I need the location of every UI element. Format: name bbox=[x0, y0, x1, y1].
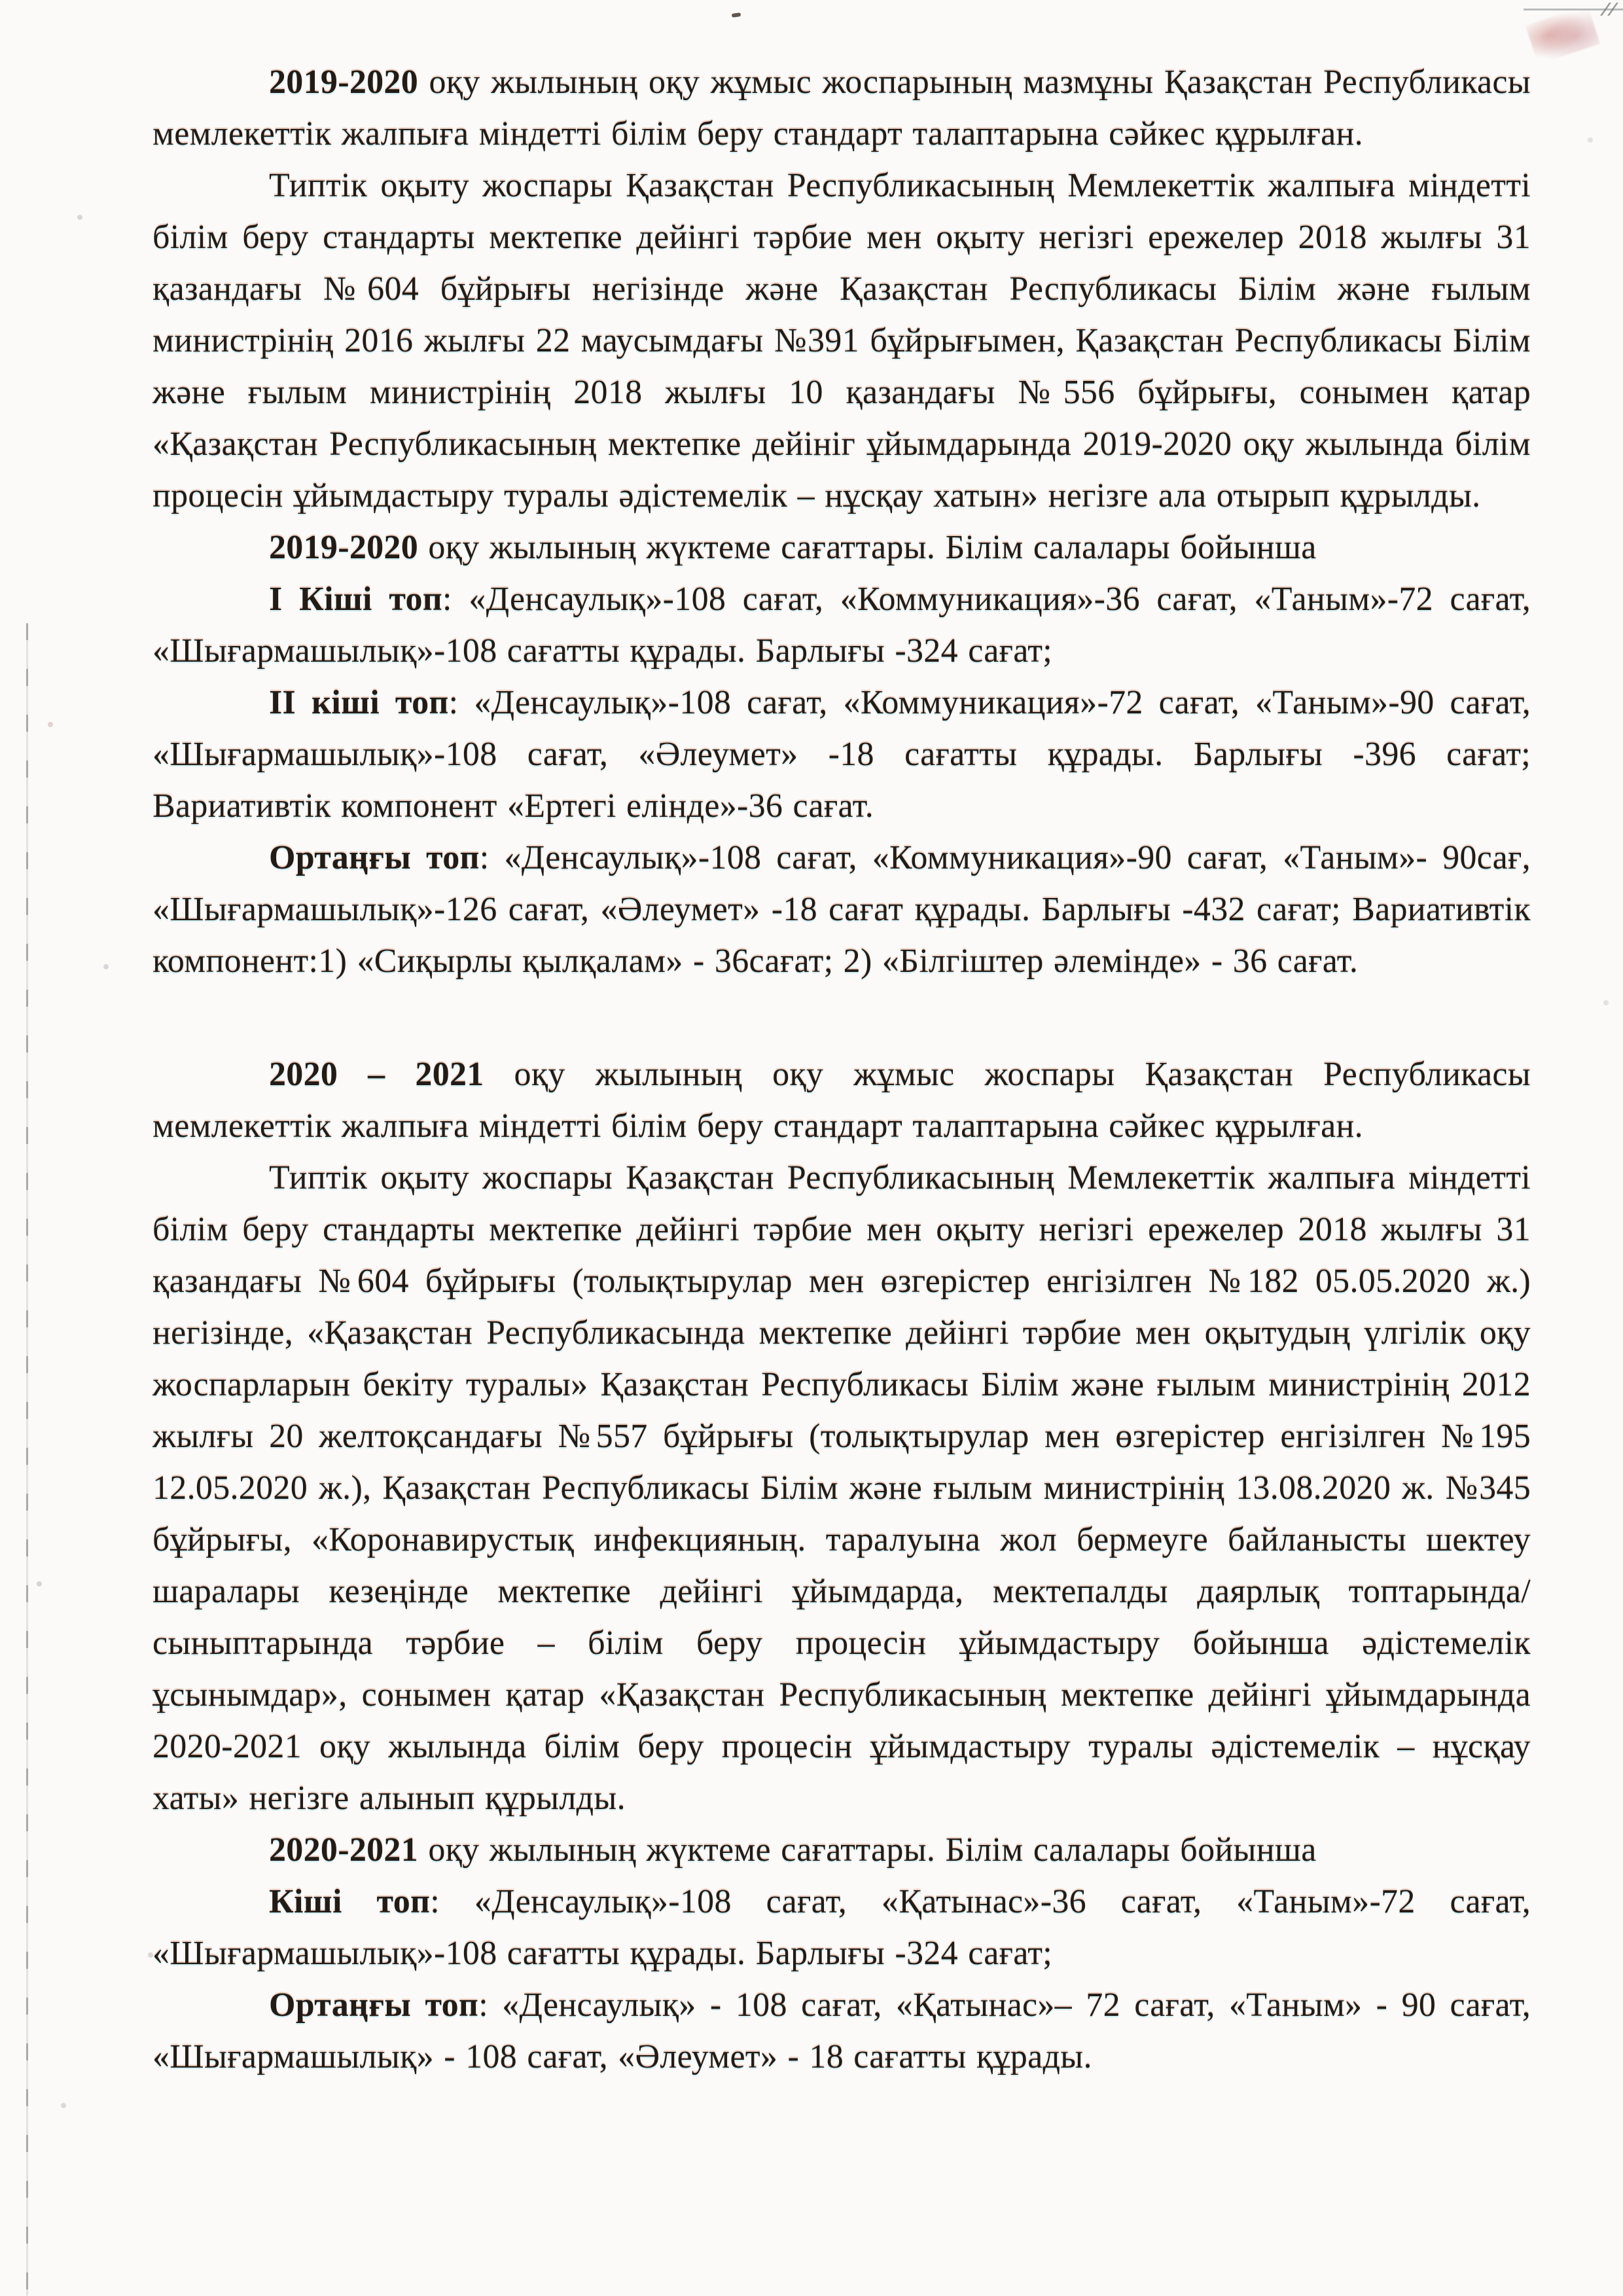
paragraph-lead: Ортаңғы топ bbox=[269, 839, 480, 876]
paragraph-2019-2020-intro: 2019-2020 оқу жылының оқу жұмыс жоспарын… bbox=[152, 56, 1531, 160]
paragraph-lead: І Кіші топ bbox=[269, 581, 442, 618]
scan-pink-smudge bbox=[1525, 5, 1600, 64]
paragraph-group-1-junior: І Кіші топ: «Денсаулық»-108 сағат, «Комм… bbox=[152, 573, 1531, 677]
paragraph-group-junior-2020: Кіші топ: «Денсаулық»-108 сағат, «Қатына… bbox=[152, 1876, 1531, 1979]
paragraph-lead: 2020-2021 bbox=[269, 1831, 418, 1869]
scan-top-center-speck bbox=[732, 12, 741, 18]
paragraph-2020-hours-heading: 2020-2021 оқу жылының жүктеме сағаттары.… bbox=[152, 1824, 1531, 1876]
paragraph-lead: 2019-2020 bbox=[269, 63, 418, 101]
paragraph-2020-2021-intro: 2020 – 2021 оқу жылының оқу жұмыс жоспар… bbox=[152, 1049, 1531, 1152]
scan-dust-specks bbox=[0, 0, 3, 3]
paragraph-2020-typical-plan: Типтік оқыту жоспары Қазақстан Республик… bbox=[152, 1152, 1531, 1824]
paragraph-text: Типтік оқыту жоспары Қазақстан Республик… bbox=[152, 167, 1531, 514]
paragraph-text: оқу жылының жүктеме сағаттары. Білім сал… bbox=[418, 529, 1317, 566]
paragraph-lead: ІІ кіші топ bbox=[269, 684, 449, 721]
scanned-document-page: 2019-2020 оқу жылының оқу жұмыс жоспарын… bbox=[0, 0, 1623, 2296]
paragraph-text: Типтік оқыту жоспары Қазақстан Республик… bbox=[152, 1159, 1531, 1817]
paragraph-group-middle-2020: Ортаңғы топ: «Денсаулық» - 108 сағат, «Қ… bbox=[152, 1979, 1531, 2083]
paragraph-lead: 2020 – 2021 bbox=[269, 1056, 484, 1093]
paragraph-lead: Ортаңғы топ bbox=[269, 1986, 478, 2024]
paragraph-group-2-junior: ІІ кіші топ: «Денсаулық»-108 сағат, «Ком… bbox=[152, 677, 1531, 832]
scan-corner-pen-mark bbox=[1601, 3, 1618, 17]
scan-left-edge-line bbox=[26, 623, 28, 2296]
document-text-block: 2019-2020 оқу жылының оқу жұмыс жоспарын… bbox=[152, 56, 1531, 2083]
paragraph-lead: 2019-2020 bbox=[269, 529, 418, 566]
paragraph-lead: Кіші топ bbox=[269, 1883, 430, 1920]
paragraph-text: оқу жылының жүктеме сағаттары. Білім сал… bbox=[418, 1831, 1317, 1869]
paragraph-2019-hours-heading: 2019-2020 оқу жылының жүктеме сағаттары.… bbox=[152, 522, 1531, 573]
paragraph-group-middle-2019: Ортаңғы топ: «Денсаулық»-108 сағат, «Ком… bbox=[152, 832, 1531, 987]
paragraph-2019-typical-plan: Типтік оқыту жоспары Қазақстан Республик… bbox=[152, 160, 1531, 522]
